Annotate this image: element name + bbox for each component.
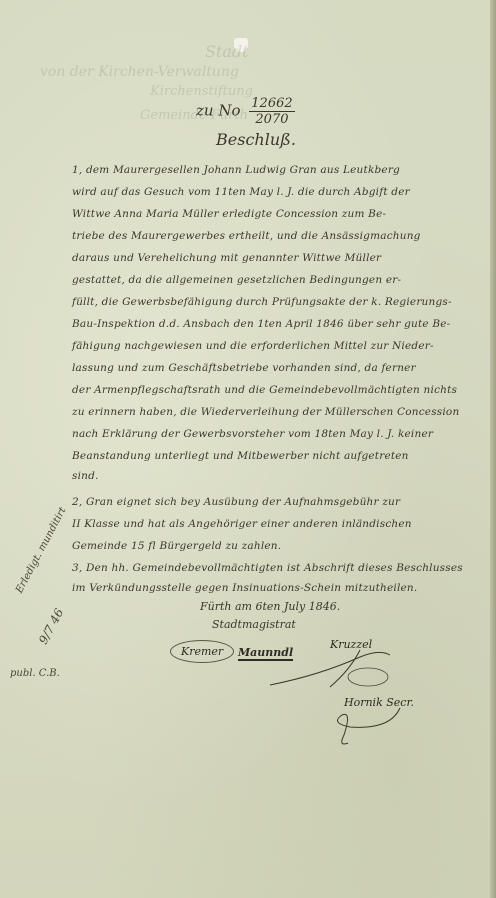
text-line: II Klasse und hat als Angehöriger einer … [72,518,412,530]
signature-1: Kremer [170,640,234,663]
reference-main-number: 12662 [249,96,294,112]
bleed-through-text: Stadt [205,42,249,61]
reference-prefix: zu No [196,102,241,120]
reference-sub-number: 2070 [249,112,294,127]
text-line: fähigung nachgewiesen und die erforderli… [72,340,434,352]
text-line: 1, dem Maurergesellen Johann Ludwig Gran… [72,164,400,176]
text-line: sind. [72,470,99,482]
text-line: 3, Den hh. Gemeindebevollmächtigten ist … [72,562,463,574]
page-edge-shadow [490,0,496,898]
signature-flourish-icon [260,645,400,690]
manuscript-page: Stadt von der Kirchen-Verwaltung Kirchen… [0,0,496,898]
text-line: triebe des Maurergewerbes ertheilt, und … [72,230,421,242]
text-line: nach Erklärung der Gewerbsvorsteher vom … [72,428,433,440]
document-title: Beschluß. [216,130,296,149]
text-line: Wittwe Anna Maria Müller erledigte Conce… [72,208,386,220]
text-line: daraus und Verehelichung mit genannter W… [72,252,381,264]
bleed-through-text: von der Kirchen-Verwaltung [40,64,239,80]
text-line: wird auf das Gesuch vom 11ten May l. J. … [72,186,410,198]
margin-note-erledigt: Erledigt. munditirt [14,506,69,596]
text-line: Gemeinde 15 fl Bürgergeld zu zahlen. [72,540,281,552]
issuing-office: Stadtmagistrat [212,618,296,631]
place-and-date: Fürth am 6ten July 1846. [200,600,340,613]
reference-fraction: 12662 2070 [249,96,294,127]
margin-note-date: 9/7 46 [36,606,66,646]
secretary-flourish-icon [330,705,410,750]
reference-number: zu No 12662 2070 [196,96,295,127]
text-line: Bau-Inspektion d.d. Ansbach den 1ten Apr… [72,318,450,330]
text-line: lassung und zum Geschäftsbetriebe vorhan… [72,362,416,374]
margin-note-publ: publ. C.B. [10,668,60,679]
text-line: zu erinnern haben, die Wiederverleihung … [72,406,459,418]
text-line: gestattet, da die allgemeinen gesetzlich… [72,274,401,286]
text-line: der Armenpflegschaftsrath und die Gemein… [72,384,457,396]
text-line: im Verkündungsstelle gegen Insinuations-… [72,582,417,594]
text-line: 2, Gran eignet sich bey Ausübung der Auf… [72,496,400,508]
text-line: füllt, die Gewerbsbefähigung durch Prüfu… [72,296,452,308]
text-line: Beanstandung unterliegt und Mitbewerber … [72,450,409,462]
